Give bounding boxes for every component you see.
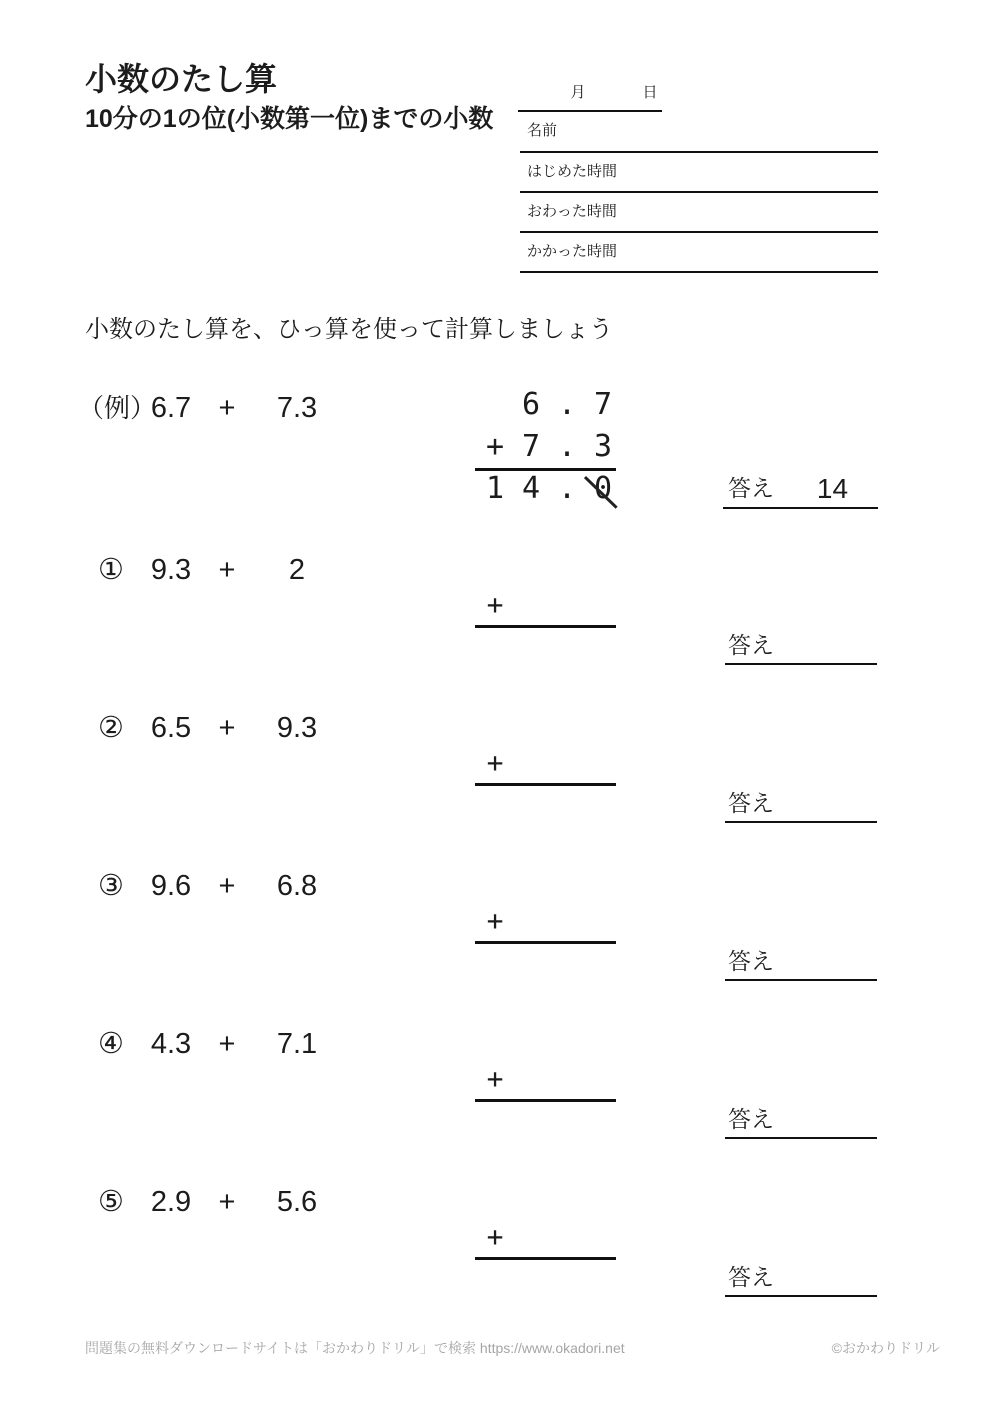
answer-label: 答え xyxy=(728,791,774,816)
answer-line xyxy=(725,663,877,665)
name-field-line xyxy=(520,151,878,153)
plus-sign: + xyxy=(477,432,513,462)
answer-line xyxy=(725,979,877,981)
day-label: 日 xyxy=(632,84,668,102)
header-form: 月 日 名前 はじめた時間 おわった時間 かかった時間 xyxy=(0,0,1000,290)
problem-number: ④ xyxy=(98,1029,124,1059)
month-label: 月 xyxy=(560,84,596,102)
problem-operand2: 2 xyxy=(253,555,341,585)
instruction-text: 小数のたし算を、ひっ算を使って計算しましょう xyxy=(85,316,613,345)
problem-operand1: 9.3 xyxy=(140,555,202,585)
answer-label: 答え xyxy=(728,949,774,974)
problem-operand2: 5.6 xyxy=(253,1187,341,1217)
end-time-label: おわった時間 xyxy=(527,203,617,221)
answer-line xyxy=(725,1295,877,1297)
calc-digit: 3 xyxy=(585,432,621,462)
problem-operand1: 9.6 xyxy=(140,871,202,901)
calc-digit: . xyxy=(549,474,585,504)
month-day-line xyxy=(518,110,662,112)
calc-addend-row: 6 . 7 xyxy=(477,390,621,420)
problem-operand2: 7.1 xyxy=(253,1029,341,1059)
worksheet-page: 小数のたし算 10分の1の位(小数第一位)までの小数 月 日 名前 はじめた時間… xyxy=(0,0,1000,1415)
calc-digit: 4 xyxy=(513,474,549,504)
problem-operand2: 6.8 xyxy=(253,871,341,901)
example-row: （例） 6.7 + 7.3 6 . 7 + 7 . 3 1 4 . 0 答え 1… xyxy=(0,390,1000,525)
calc-digit xyxy=(477,390,513,420)
answer-label: 答え xyxy=(728,1107,774,1132)
calc-line xyxy=(475,941,616,944)
problem-row: ④ 4.3 + 7.1 + 答え xyxy=(0,1029,1000,1187)
calc-line xyxy=(475,783,616,786)
problem-operator: + xyxy=(203,1187,251,1217)
problem-operand2: 9.3 xyxy=(253,713,341,743)
struck-zero: 0 xyxy=(585,474,621,504)
problem-row: ② 6.5 + 9.3 + 答え xyxy=(0,713,1000,871)
calc-digit: 6 xyxy=(513,390,549,420)
problem-operand1: 6.5 xyxy=(140,713,202,743)
problem-number: ② xyxy=(98,713,124,743)
start-time-line xyxy=(520,191,878,193)
answer-line xyxy=(725,821,877,823)
calc-plus-sign: + xyxy=(477,591,513,619)
footer-left: 問題集の無料ダウンロードサイトは「おかわりドリル」で検索 https://www… xyxy=(85,1340,625,1357)
problem-number: ③ xyxy=(98,871,124,901)
problem-operator: + xyxy=(203,555,251,585)
calc-digit: . xyxy=(549,432,585,462)
problem-operand1: 4.3 xyxy=(140,1029,202,1059)
calc-digit: 1 xyxy=(477,474,513,504)
calc-digit: . xyxy=(549,390,585,420)
calc-line xyxy=(475,1257,616,1260)
problem-operator: + xyxy=(203,713,251,743)
calc-plus-sign: + xyxy=(477,1223,513,1251)
calc-line xyxy=(475,1099,616,1102)
answer-line xyxy=(723,507,878,509)
end-time-line xyxy=(520,231,878,233)
start-time-label: はじめた時間 xyxy=(527,163,617,181)
problem-operator: + xyxy=(203,1029,251,1059)
calc-line xyxy=(475,625,616,628)
calc-result-row: 1 4 . 0 xyxy=(477,474,621,504)
problem-row: ③ 9.6 + 6.8 + 答え xyxy=(0,871,1000,1029)
name-field-label: 名前 xyxy=(527,122,557,140)
footer-right: ©おかわりドリル xyxy=(832,1340,940,1357)
elapsed-time-label: かかった時間 xyxy=(527,243,617,261)
calc-digit: 7 xyxy=(585,390,621,420)
example-operand2: 7.3 xyxy=(253,393,341,423)
calc-plus-sign: + xyxy=(477,907,513,935)
calc-digit: 7 xyxy=(513,432,549,462)
calc-plus-sign: + xyxy=(477,749,513,777)
answer-label: 答え xyxy=(728,633,774,658)
example-operand1: 6.7 xyxy=(140,393,202,423)
problem-row: ⑤ 2.9 + 5.6 + 答え xyxy=(0,1187,1000,1345)
answer-line xyxy=(725,1137,877,1139)
calc-plus-row: + 7 . 3 xyxy=(477,432,621,462)
example-operator: + xyxy=(203,393,251,423)
elapsed-time-line xyxy=(520,271,878,273)
answer-label: 答え xyxy=(728,476,774,501)
problem-row: ① 9.3 + 2 + 答え xyxy=(0,555,1000,713)
calc-plus-sign: + xyxy=(477,1065,513,1093)
problem-operand1: 2.9 xyxy=(140,1187,202,1217)
answer-value: 14 xyxy=(795,474,870,503)
problem-operator: + xyxy=(203,871,251,901)
answer-label: 答え xyxy=(728,1265,774,1290)
problem-number: ① xyxy=(98,555,124,585)
problem-number: ⑤ xyxy=(98,1187,124,1217)
